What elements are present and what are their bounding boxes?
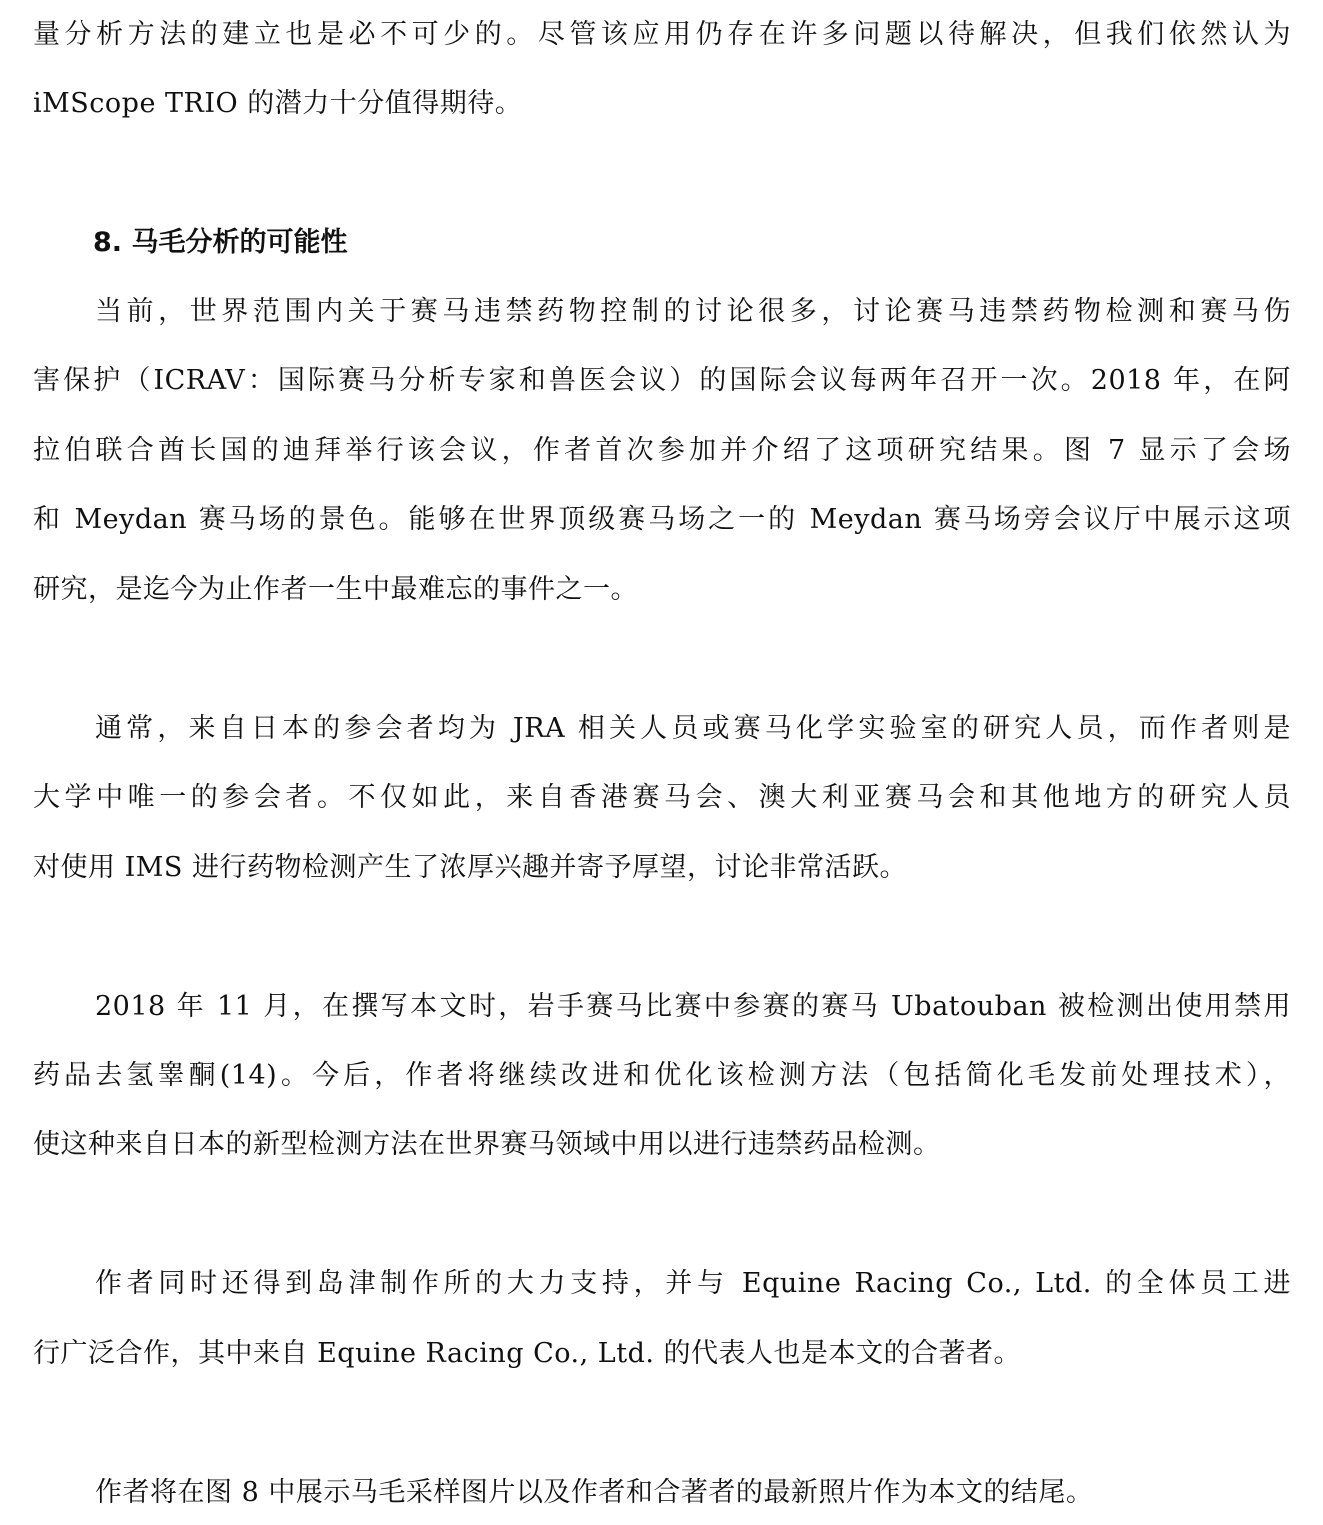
text-line: 对使用 IMS 进行药物检测产生了浓厚兴趣并寄予厚望，讨论非常活跃。 <box>33 848 1291 888</box>
text-line: 通常，来自日本的参会者均为 JRA 相关人员或赛马化学实验室的研究人员，而作者则… <box>95 709 1291 749</box>
section-heading: 8. 马毛分析的可能性 <box>93 223 347 263</box>
text-line: 2018 年 11 月，在撰写本文时，岩手赛马比赛中参赛的赛马 Ubatouba… <box>95 987 1291 1027</box>
text-line: 药品去氢睾酮(14)。今后，作者将继续改进和优化该检测方法（包括简化毛发前处理技… <box>33 1056 1291 1096</box>
text-line: 大学中唯一的参会者。不仅如此，来自香港赛马会、澳大利亚赛马会和其他地方的研究人员 <box>33 778 1291 818</box>
text-line: 作者将在图 8 中展示马毛采样图片以及作者和合著者的最新照片作为本文的结尾。 <box>95 1473 1291 1513</box>
text-line: 量分析方法的建立也是必不可少的。尽管该应用仍存在许多问题以待解决，但我们依然认为 <box>33 15 1291 55</box>
text-line: 害保护（ICRAV：国际赛马分析专家和兽医会议）的国际会议每两年召开一次。201… <box>33 361 1291 401</box>
text-line: 和 Meydan 赛马场的景色。能够在世界顶级赛马场之一的 Meydan 赛马场… <box>33 500 1291 540</box>
text-line: 行广泛合作，其中来自 Equine Racing Co., Ltd. 的代表人也… <box>33 1334 1291 1374</box>
text-line: 作者同时还得到岛津制作所的大力支持，并与 Equine Racing Co., … <box>95 1264 1291 1304</box>
text-line: 当前，世界范围内关于赛马违禁药物控制的讨论很多，讨论赛马违禁药物检测和赛马伤 <box>95 292 1291 332</box>
text-line: 研究，是迄今为止作者一生中最难忘的事件之一。 <box>33 570 1291 610</box>
text-line: 拉伯联合酋长国的迪拜举行该会议，作者首次参加并介绍了这项研究结果。图 7 显示了… <box>33 431 1291 471</box>
text-line: iMScope TRIO 的潜力十分值得期待。 <box>33 84 1291 124</box>
text-line: 使这种来自日本的新型检测方法在世界赛马领域中用以进行违禁药品检测。 <box>33 1125 1291 1165</box>
